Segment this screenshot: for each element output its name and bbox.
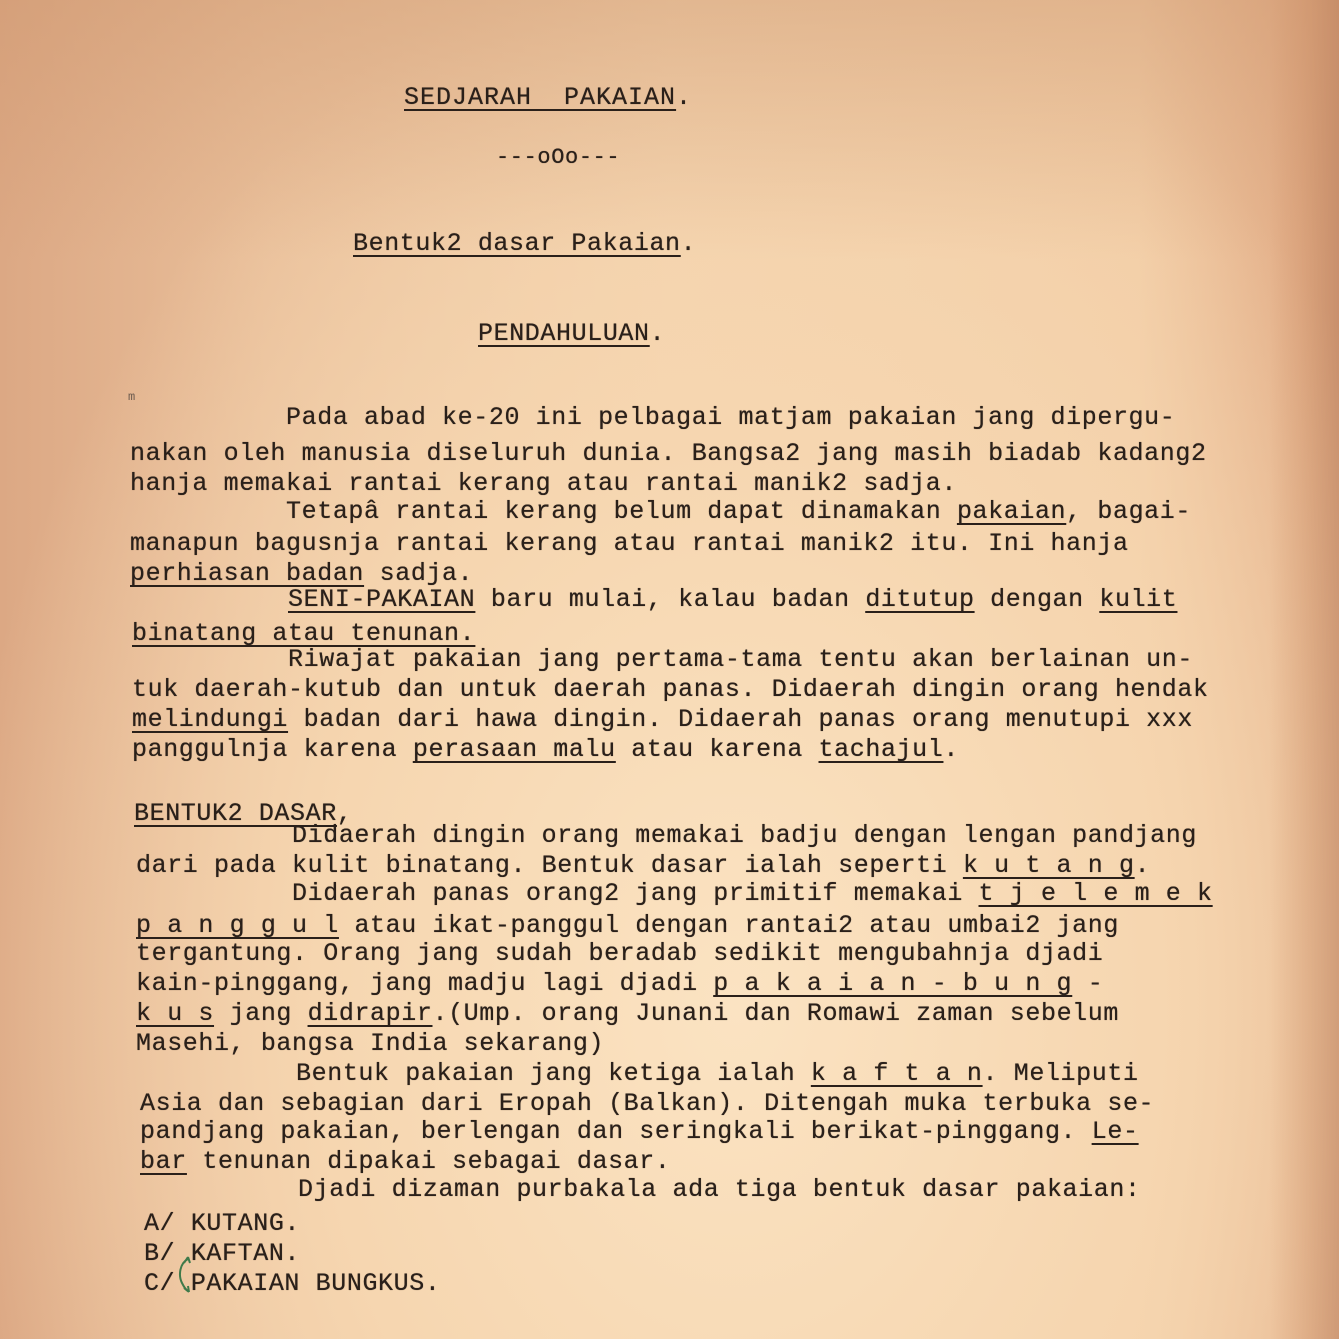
paragraph-line: dari pada kulit binatang. Bentuk dasar i… [136, 852, 1150, 880]
paragraph-line: Asia dan sebagian dari Eropah (Balkan). … [140, 1090, 1154, 1118]
paragraph-line: manapun bagusnja rantai kerang atau rant… [130, 530, 1129, 558]
paragraph-line: Didaerah dingin orang memakai badju deng… [136, 822, 1197, 850]
paragraph-line: binatang atau tenunan. [132, 620, 475, 648]
paragraph-line: panggulnja karena perasaan malu atau kar… [132, 736, 959, 764]
paper-shading [0, 0, 1339, 260]
paragraph-line: pandjang pakaian, berlengan dan seringka… [140, 1118, 1139, 1146]
document-title: SEDJARAH PAKAIAN. [404, 84, 692, 112]
paragraph-line: kain-pinggang, jang madju lagi djadi p a… [136, 970, 1103, 998]
paragraph-line: Bentuk pakaian jang ketiga ialah k a f t… [140, 1060, 1139, 1088]
paragraph-line: Masehi, bangsa India sekarang) [136, 1030, 604, 1058]
paragraph-line: Tetapâ rantai kerang belum dapat dinamak… [130, 498, 1191, 526]
margin-mark: m [128, 390, 135, 404]
subtitle: Bentuk2 dasar Pakaian. [353, 230, 696, 258]
list-marker: A/ [144, 1209, 175, 1238]
list-marker: C/ [144, 1269, 175, 1298]
paragraph-line: Riwajat pakaian jang pertama-tama tentu … [132, 646, 1193, 674]
list-item: B/ KAFTAN. [144, 1240, 300, 1268]
document-page: SEDJARAH PAKAIAN. ---oOo--- Bentuk2 dasa… [0, 0, 1339, 1339]
paragraph-line: Djadi dizaman purbakala ada tiga bentuk … [142, 1176, 1141, 1204]
paragraph-line: Pada abad ke-20 ini pelbagai matjam paka… [130, 404, 1175, 432]
paragraph-line: perhiasan badan sadja. [130, 560, 473, 588]
paragraph-line: nakan oleh manusia diseluruh dunia. Bang… [130, 440, 1207, 468]
paragraph-line: tuk daerah-kutub dan untuk daerah panas.… [132, 676, 1209, 704]
paragraph-line: tergantung. Orang jang sudah beradab sed… [136, 940, 1103, 968]
section-heading-pendahuluan: PENDAHULUAN. [478, 320, 665, 348]
swap-arrow-icon [176, 1255, 192, 1295]
paragraph-line: p a n g g u l atau ikat-panggul dengan r… [136, 912, 1119, 940]
paper-stain [1269, 0, 1339, 1339]
paragraph-line: SENI-PAKAIAN baru mulai, kalau badan dit… [132, 586, 1177, 614]
paragraph-line: hanja memakai rantai kerang atau rantai … [130, 470, 957, 498]
list-item: A/ KUTANG. [144, 1210, 300, 1238]
list-marker: B/ [144, 1239, 175, 1268]
paragraph-line: bar tenunan dipakai sebagai dasar. [140, 1148, 671, 1176]
separator: ---oOo--- [496, 144, 620, 172]
paragraph-line: Didaerah panas orang2 jang primitif mema… [136, 880, 1213, 908]
paragraph-line: k u s jang didrapir.(Ump. orang Junani d… [136, 1000, 1119, 1028]
paragraph-line: melindungi badan dari hawa dingin. Didae… [132, 706, 1193, 734]
